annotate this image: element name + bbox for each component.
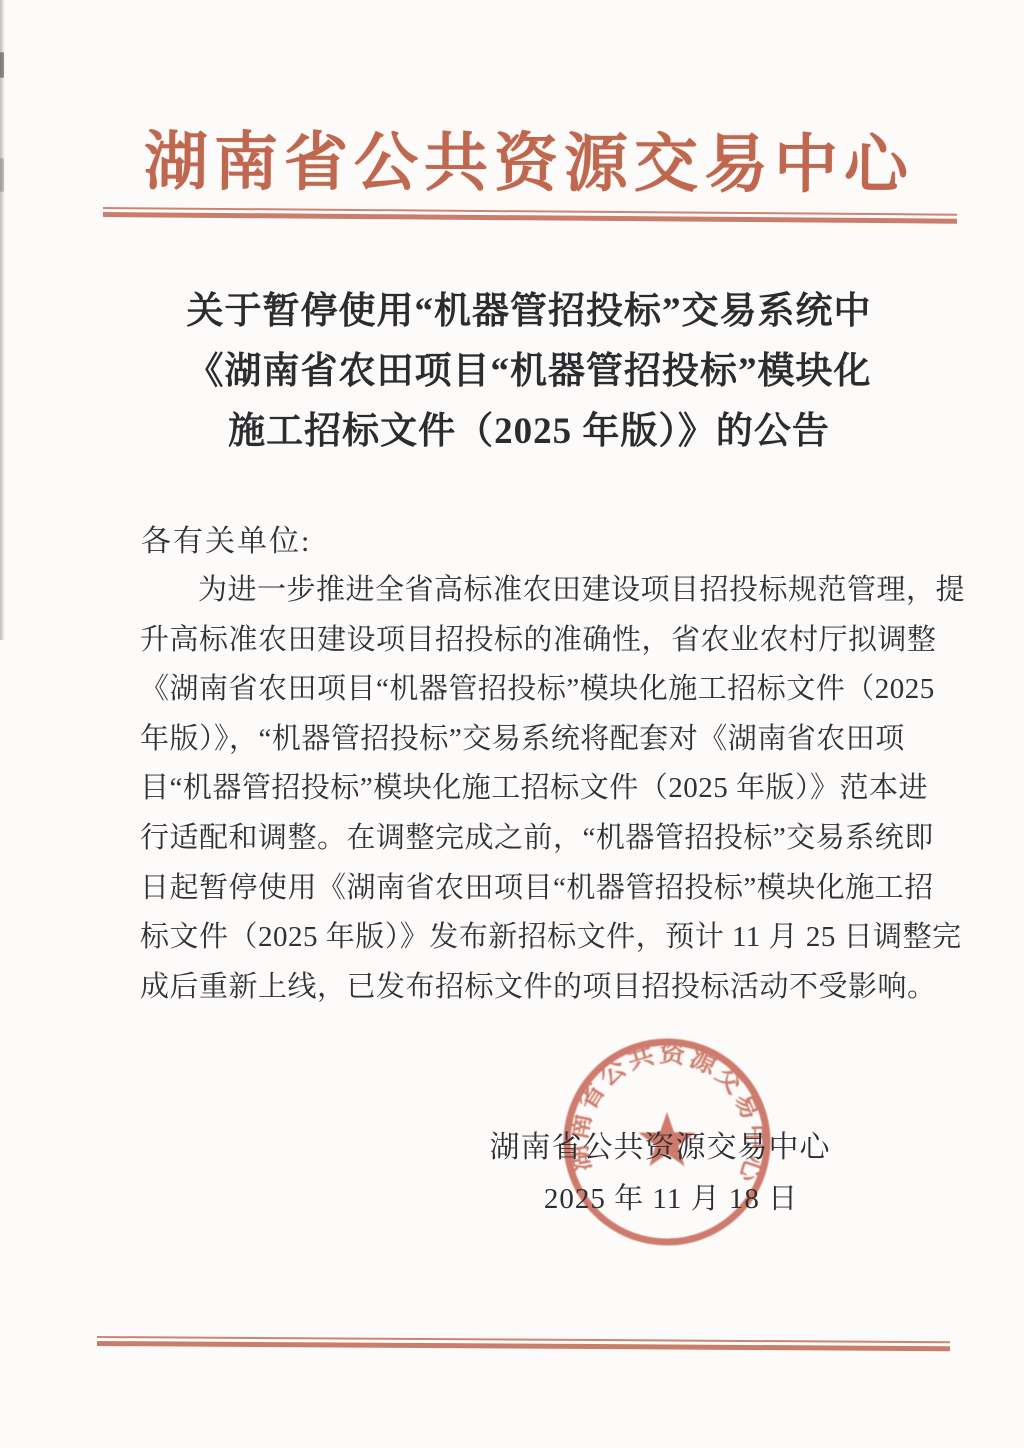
body-line: 《湖南省农田项目“机器管招投标”模块化施工招标文件（2025 bbox=[140, 665, 902, 715]
letterhead-org-name: 湖南省公共资源交易中心 bbox=[0, 110, 1024, 206]
body-line: 为进一步推进全省高标准农田建设项目招投标规范管理，提 bbox=[140, 566, 902, 616]
body-line: 成后重新上线，已发布招标文件的项目招投标活动不受影响。 bbox=[140, 963, 902, 1013]
footer-divider bbox=[97, 1336, 950, 1351]
body-line: 行适配和调整。在调整完成之前，“机器管招投标”交易系统即 bbox=[140, 814, 902, 864]
signature-org-name: 湖南省公共资源交易中心 bbox=[420, 1122, 900, 1166]
body-line: 目“机器管招投标”模块化施工招标文件（2025 年版）》范本进 bbox=[140, 764, 902, 814]
scan-artifact bbox=[0, 52, 4, 78]
document-page: 湖南省公共资源交易中心 关于暂停使用“机器管招投标”交易系统中 《湖南省农田项目… bbox=[0, 0, 1024, 1448]
document-title: 关于暂停使用“机器管招投标”交易系统中 《湖南省农田项目“机器管招投标”模块化 … bbox=[0, 282, 1024, 462]
body-line: 标文件（2025 年版）》发布新招标文件，预计 11 月 25 日调整完 bbox=[140, 913, 902, 963]
body-line: 升高标准农田建设项目招投标的准确性，省农业农村厅拟调整 bbox=[140, 616, 902, 666]
letterhead-divider bbox=[103, 207, 957, 224]
salutation: 各有关单位: bbox=[141, 516, 311, 560]
title-line-3: 施工招标文件（2025 年版）》的公告 bbox=[34, 402, 1024, 462]
title-line-2: 《湖南省农田项目“机器管招投标”模块化 bbox=[34, 342, 1024, 402]
signature-date: 2025 年 11 月 18 日 bbox=[431, 1176, 911, 1217]
title-line-1: 关于暂停使用“机器管招投标”交易系统中 bbox=[34, 282, 1024, 342]
body-paragraph: 为进一步推进全省高标准农田建设项目招投标规范管理，提 升高标准农田建设项目招投标… bbox=[140, 566, 902, 1012]
body-line: 年版）》，“机器管招投标”交易系统将配套对《湖南省农田项 bbox=[140, 715, 902, 765]
body-line: 日起暂停使用《湖南省农田项目“机器管招投标”模块化施工招 bbox=[140, 864, 902, 914]
